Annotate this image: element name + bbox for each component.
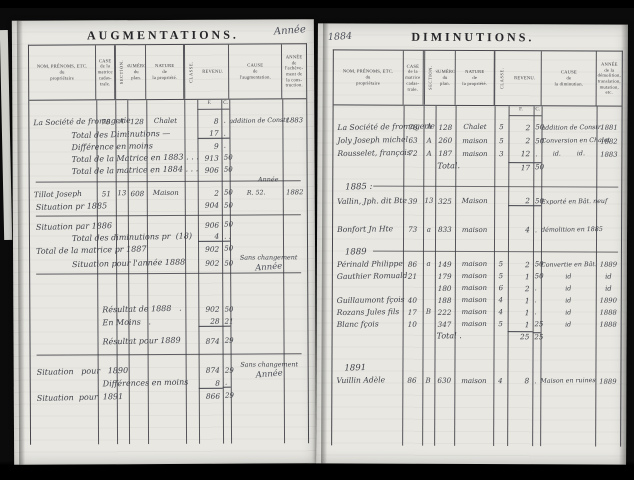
hw-cell-section: a xyxy=(422,260,434,268)
page-title: AUGMENTATIONS. xyxy=(12,19,314,45)
hw-cell-annee: 1883 xyxy=(597,150,622,158)
hw-cell-name: La Société de fromagerie xyxy=(29,116,96,127)
hw-cell-numero: 188 xyxy=(435,295,455,304)
hw-cell-rev_f: 1 xyxy=(508,296,533,305)
hw-cell-rev_c: . . xyxy=(222,232,230,241)
column-header-nature: NATURE de la propriété. xyxy=(146,45,184,99)
hw-cell-nature: maison xyxy=(454,376,493,384)
hw-cell-cause: Maison en ruines xyxy=(541,377,596,385)
hw-cell-name: Blanc fçois xyxy=(333,318,403,328)
column-header-proprietaire: NOM, PRÉNOMS, ETC. du propriétaire xyxy=(29,45,96,99)
hw-cell-nature: maison xyxy=(455,136,494,144)
hw-cell-cause: Conversion en Chalet xyxy=(542,137,597,145)
hw-cell-rev_f: 902 xyxy=(198,244,222,253)
hw-cell-name: Tillot Joseph xyxy=(30,188,97,199)
edge-shadow xyxy=(17,21,25,465)
hw-cell-rev_f: 8 xyxy=(507,376,532,385)
hw-cell-rev_c: . xyxy=(533,226,541,234)
hw-cell-nature: Chalet xyxy=(455,123,494,131)
hw-cell-case: 51 xyxy=(97,189,116,198)
hw-cell-rev_f: 902 xyxy=(198,305,222,314)
hw-cell-name: Vallin, Jph. dit Bte xyxy=(333,195,403,205)
hw-cell-rev_f: 874 xyxy=(199,336,223,345)
hw-cell-cause: R. 52. xyxy=(230,188,283,196)
hw-summary-label: Situation pour 1890 xyxy=(31,365,186,378)
hw-cell-numero: 833 xyxy=(435,225,455,234)
margin-note: 1884 xyxy=(328,31,353,43)
hw-cell-rev_f: 4 xyxy=(508,225,533,234)
hw-cell-rev_c: . xyxy=(223,379,231,388)
hw-cell-case: 73 xyxy=(403,225,423,234)
hw-cell-annee: 1889 xyxy=(596,261,621,269)
hw-summary-label: Situation par 1886 xyxy=(30,219,185,232)
hw-cell-classe: 3 xyxy=(495,150,509,158)
hw-section-year: 1889 xyxy=(333,246,435,258)
hw-summary-label: Total . xyxy=(333,330,494,341)
hw-cell-name: Périnald Philippe xyxy=(333,258,403,268)
column-header-section: SECTION. xyxy=(115,45,127,99)
hw-cell-cause: id xyxy=(541,321,596,329)
hw-cell-rev_c: . xyxy=(533,296,541,304)
hw-cell-nature: Chalet xyxy=(147,117,185,125)
hw-cell-classe: 5 xyxy=(495,123,509,131)
page-sliver xyxy=(0,30,12,240)
hw-cell-rev_c: 50 xyxy=(222,245,230,253)
hw-cell-rev_f: 904 xyxy=(198,201,222,210)
hw-cell-section: a xyxy=(423,225,435,233)
hw-cell-rev_c: 50 xyxy=(533,272,541,280)
table-row: La Société de fromagerie78A128Chalet8.ad… xyxy=(29,113,306,128)
column-header-case: CASE de la matrice cadas- trale. xyxy=(403,51,423,105)
left-page: AUGMENTATIONS. Année NOM, PRÉNOMS, ETC. … xyxy=(12,19,316,465)
hw-cell-name: La Société de fromagerie xyxy=(333,121,403,131)
hw-summary-label: Résultat de 1888 . xyxy=(30,304,185,317)
hw-cell-rev_f: 2 xyxy=(508,123,533,132)
hw-cell-rev_c: 50 xyxy=(222,201,230,209)
hw-cell-nature: maison xyxy=(455,284,494,292)
hw-summary-label: En Moins . xyxy=(30,316,185,329)
hw-summary-label: Total des Diminutions — xyxy=(29,128,184,141)
hw-cursive-note: Année xyxy=(230,176,307,184)
hw-cell-rev_c: 29 xyxy=(223,392,231,400)
column-header-nature: NATURE de la propriété. xyxy=(455,51,495,105)
summary-row: Situation pour l'année 188890250Sans cha… xyxy=(30,254,307,269)
hw-summary-label: Situation pour 1891 xyxy=(31,390,186,403)
column-header-cause: CAUSE de la diminution. xyxy=(542,51,597,105)
centimes-label: C. xyxy=(221,101,229,106)
hw-cell-nature: maison xyxy=(454,308,493,316)
hw-cell-section: A xyxy=(423,136,435,144)
hw-cell-classe: 4 xyxy=(494,308,508,316)
column-header-numero: NUMÉRO du plan. xyxy=(436,51,456,105)
hw-cell-nature: Maison xyxy=(455,197,494,205)
hw-cell-rev_c: . xyxy=(222,129,230,138)
table-row: Tillot Joseph5113608Maison250R. 52.1882 xyxy=(30,185,307,200)
hw-cell-nature: maison xyxy=(455,149,494,157)
hw-cell-cause: Convertie en Bât. xyxy=(541,261,596,269)
hw-cell-nature: Maison xyxy=(147,189,185,197)
hw-cell-section: B xyxy=(422,308,434,316)
francs-label: F. xyxy=(508,107,533,112)
hw-cell-name: Joly Joseph michel xyxy=(333,135,403,145)
hw-cell-cause: id xyxy=(541,297,596,305)
table-header: NOM, PRÉNOMS, ETC. du propriétaire CASE … xyxy=(334,50,622,106)
table-row: Rousselet, françois72A187maison312.id. i… xyxy=(333,146,621,160)
hw-cell-numero: 222 xyxy=(435,307,455,316)
table-row: Vallin, Jph. dit Bte3913325Maison250Expo… xyxy=(333,192,621,209)
table-header: NOM, PRÉNOMS, ETC. du propriétaire CASE … xyxy=(29,44,306,100)
hw-summary-label: Total. xyxy=(333,161,494,172)
hw-cell-cause: id xyxy=(541,273,596,281)
hw-cell-annee: 1882 xyxy=(283,188,307,196)
summary-row: Situation pour 189087429Sans changementA… xyxy=(31,361,308,377)
hw-cell-rev_c: 50 xyxy=(533,260,541,268)
hw-summary-label: Total de la matrice en 1884 . . . xyxy=(30,164,185,177)
hw-cell-cause: id. id. xyxy=(542,150,597,158)
table-row: Vuillin Adèle86B630maison48.Maison en ru… xyxy=(332,373,620,387)
column-header-section: SECTION. xyxy=(423,51,436,105)
hw-cell-nature: maison xyxy=(455,272,494,280)
hw-cell-rev_f: 906 xyxy=(198,220,222,229)
hw-cell-annee: 1888 xyxy=(596,309,621,317)
hw-cell-rev_f: 2 xyxy=(508,260,533,269)
column-header-annee: ANNÉE de la démolition, translation, mut… xyxy=(597,52,622,106)
hw-cell-section: B xyxy=(422,376,434,384)
hw-cell-nature: maison xyxy=(455,225,494,233)
hw-cell-rev_f: 2 xyxy=(508,196,533,206)
hw-cell-rev_c: 50 xyxy=(533,162,541,171)
hw-cell-classe: 4 xyxy=(494,377,508,385)
hw-cell-rev_c: 25 xyxy=(532,332,540,341)
hw-cell-classe: 5 xyxy=(494,320,508,328)
hw-cell-rev_c: . xyxy=(533,150,541,158)
table-row: La Société de fromagerie78A128Chalet5250… xyxy=(333,119,621,134)
hw-cell-name: Bonfort Jn Hte xyxy=(333,224,403,234)
hw-cell-rev_c: . xyxy=(532,308,540,316)
hw-cell-case: 40 xyxy=(402,295,422,304)
hw-cell-rev_c: . xyxy=(533,284,541,292)
hw-cell-numero: 608 xyxy=(128,189,147,198)
column-header-case: CASE de la matrice cadas- trale. xyxy=(96,45,115,99)
hw-cell-numero: 180 xyxy=(435,283,455,292)
hw-summary-label: Total des diminutions pr (18) xyxy=(30,231,185,244)
hw-summary-label: Total de la matrice pr 1887 xyxy=(30,243,185,256)
hw-cell-rev_f: 906 xyxy=(198,165,222,174)
hw-cell-name: Rousselet, françois xyxy=(333,148,403,158)
hw-cell-rev_f: 902 xyxy=(198,259,222,268)
hw-cell-section: 13 xyxy=(423,197,435,205)
hw-cell-rev_c: 50 xyxy=(222,221,230,229)
centimes-label: C. xyxy=(533,107,541,112)
hw-cell-case: 86 xyxy=(403,259,423,268)
hw-cell-rev_f: 4 xyxy=(198,232,222,242)
hw-cell-cause: id xyxy=(541,309,596,317)
francs-label: F. xyxy=(197,101,221,106)
hw-cell-rev_c: 50 xyxy=(533,123,541,131)
table-row: Joly Joseph michel63A260maison5250Conver… xyxy=(333,133,621,147)
hw-cell-rev_f: 1 xyxy=(507,308,532,317)
hw-cell-classe: 4 xyxy=(494,296,508,304)
hw-cell-name: Gauthier Romuald xyxy=(333,270,403,280)
hw-cell-rev_f: 874 xyxy=(199,366,223,375)
hw-cell-nature: maison xyxy=(455,296,494,304)
hw-cell-rev_f: 17 xyxy=(198,129,222,139)
summary-row: Situation pour 189186629 xyxy=(31,389,308,402)
column-header-classe: CLASSE. xyxy=(184,45,197,99)
hw-cell-rev_f: 17 xyxy=(508,162,533,172)
hw-cell-rev_f: 12 xyxy=(508,149,533,158)
hw-cell-cause: addition de Constr. xyxy=(230,116,283,124)
hw-cell-annee: id xyxy=(596,285,621,293)
hw-cell-cause: Exporté en Bât. neuf xyxy=(541,198,596,206)
hw-cell-rev_c: 21 xyxy=(223,317,231,326)
summary-row: Total.1750 xyxy=(333,159,621,173)
column-header-proprietaire: NOM, PRÉNOMS, ETC. du propriétaire xyxy=(334,50,404,104)
table-row: Bonfort Jn Hte73a833maison4.démolition e… xyxy=(333,222,621,236)
hw-cell-rev_c: 50 xyxy=(223,305,231,313)
page-title: DIMINUTIONS. xyxy=(318,23,628,46)
hw-cell-rev_f: 25 xyxy=(507,331,532,341)
hw-cell-annee: 1890 xyxy=(596,297,621,305)
hw-summary-label: Résultat pour 1889 xyxy=(30,335,185,348)
hw-cell-rev_c: 50 xyxy=(222,154,230,162)
hw-cell-cause: id xyxy=(541,285,596,293)
column-header-classe: CLASSE. xyxy=(495,51,509,105)
gap-row xyxy=(333,208,621,223)
column-header-revenu: REVENU. xyxy=(508,51,542,105)
scanned-register: AUGMENTATIONS. Année NOM, PRÉNOMS, ETC. … xyxy=(0,0,634,480)
hw-cell-rev_c: 29 xyxy=(223,337,231,345)
gap-row xyxy=(332,341,620,362)
hw-cell-numero: 347 xyxy=(435,319,455,328)
hw-cell-classe: 6 xyxy=(494,284,508,292)
hw-section-year: 1891 xyxy=(332,362,434,374)
hw-cell-numero: 128 xyxy=(435,122,455,131)
hw-cell-rev_c: 25 xyxy=(532,320,540,328)
hw-cell-rev_c: 50 xyxy=(533,137,541,145)
hw-cell-nature: maison xyxy=(455,260,494,268)
hw-cell-rev_c: . xyxy=(222,142,230,150)
column-header-annee: ANNÉE de l'achève- ment de la cons- truc… xyxy=(282,44,306,98)
hw-cell-numero: 630 xyxy=(434,376,454,385)
hw-summary-label: Différences en moins xyxy=(31,378,186,391)
column-header-cause: CAUSE de l'augmentation. xyxy=(229,44,282,98)
hw-cell-numero: 187 xyxy=(435,149,455,158)
hw-cell-classe: 5 xyxy=(495,137,509,145)
hw-cell-cause: démolition en 1885 xyxy=(541,226,596,234)
hw-cell-nature: maison xyxy=(454,320,493,328)
hw-cell-rev_c: 50 xyxy=(222,166,230,174)
hw-cell-rev_f: 8 xyxy=(199,378,223,388)
summary-row: Résultat pour 188987429 xyxy=(30,333,307,348)
hw-cell-case: 10 xyxy=(402,319,422,328)
hw-cell-rev_f: 2 xyxy=(508,136,533,145)
hw-cell-section: A xyxy=(423,149,435,157)
column-header-numero: NUMÉRO du plan. xyxy=(127,45,146,99)
hw-cell-numero: 179 xyxy=(435,271,455,280)
hw-cell-rev_f: 866 xyxy=(199,391,223,400)
hw-cell-rev_f: 1 xyxy=(507,320,532,329)
hw-cell-rev_c: 50 xyxy=(533,197,541,206)
hw-cell-rev_f: 9 xyxy=(198,141,222,150)
hw-summary-label: Différence en moins xyxy=(29,140,184,153)
hw-section-year: 1885 : xyxy=(333,181,435,193)
hw-cell-case: 17 xyxy=(402,307,422,316)
hw-cell-name: Guillaumont fçois xyxy=(333,294,403,304)
table-body: F. C. La Société de fromagerie78A128Chal… xyxy=(332,105,621,446)
hw-cell-rev_f: 28 xyxy=(199,317,223,327)
table-body: F. C. La Société de fromagerie78A128Chal… xyxy=(29,99,308,444)
hw-cell-annee: 1888 xyxy=(596,321,621,329)
hw-cell-section: 13 xyxy=(116,189,128,197)
hw-cell-numero: 149 xyxy=(435,259,455,268)
hw-cell-rev_c: 50 xyxy=(222,260,230,268)
diminutions-table: NOM, PRÉNOMS, ETC. du propriétaire CASE … xyxy=(331,49,623,446)
hw-cell-annee: 1889 xyxy=(596,377,621,385)
hw-cell-rev_c: . xyxy=(532,377,540,385)
gap-row xyxy=(30,276,307,303)
hw-cell-name: Vuillin Adèle xyxy=(332,375,402,385)
hw-cell-classe: 5 xyxy=(494,260,508,268)
hw-cell-rev_f: 8 xyxy=(197,116,221,125)
hw-cell-numero: 260 xyxy=(435,136,455,145)
hw-cell-rev_f: 913 xyxy=(198,153,222,162)
hw-cell-annee: id xyxy=(596,273,621,281)
hw-cell-case: 86 xyxy=(402,376,422,385)
hw-cell-cause: addition de Constr. xyxy=(542,124,597,132)
hw-cell-rev_f: 1 xyxy=(508,272,533,281)
hw-cell-rev_f: 2 xyxy=(508,284,533,293)
augmentations-table: NOM, PRÉNOMS, ETC. du propriétaire CASE … xyxy=(28,43,309,444)
right-page: DIMINUTIONS. 1884 NOM, PRÉNOMS, ETC. du … xyxy=(316,23,628,464)
hw-cell-name: Rozans Jules fils xyxy=(333,306,403,316)
hw-cell-classe: 5 xyxy=(494,272,508,280)
hw-cell-numero: 325 xyxy=(435,196,455,205)
hw-summary-label: Total de la Matrice en 1883 . . . xyxy=(29,152,184,165)
hw-cell-rev_f: 2 xyxy=(198,188,222,197)
column-header-revenu: REVENU. xyxy=(197,45,229,99)
edge-shadow xyxy=(321,23,329,463)
hw-cell-rev_c: 29 xyxy=(223,367,231,375)
